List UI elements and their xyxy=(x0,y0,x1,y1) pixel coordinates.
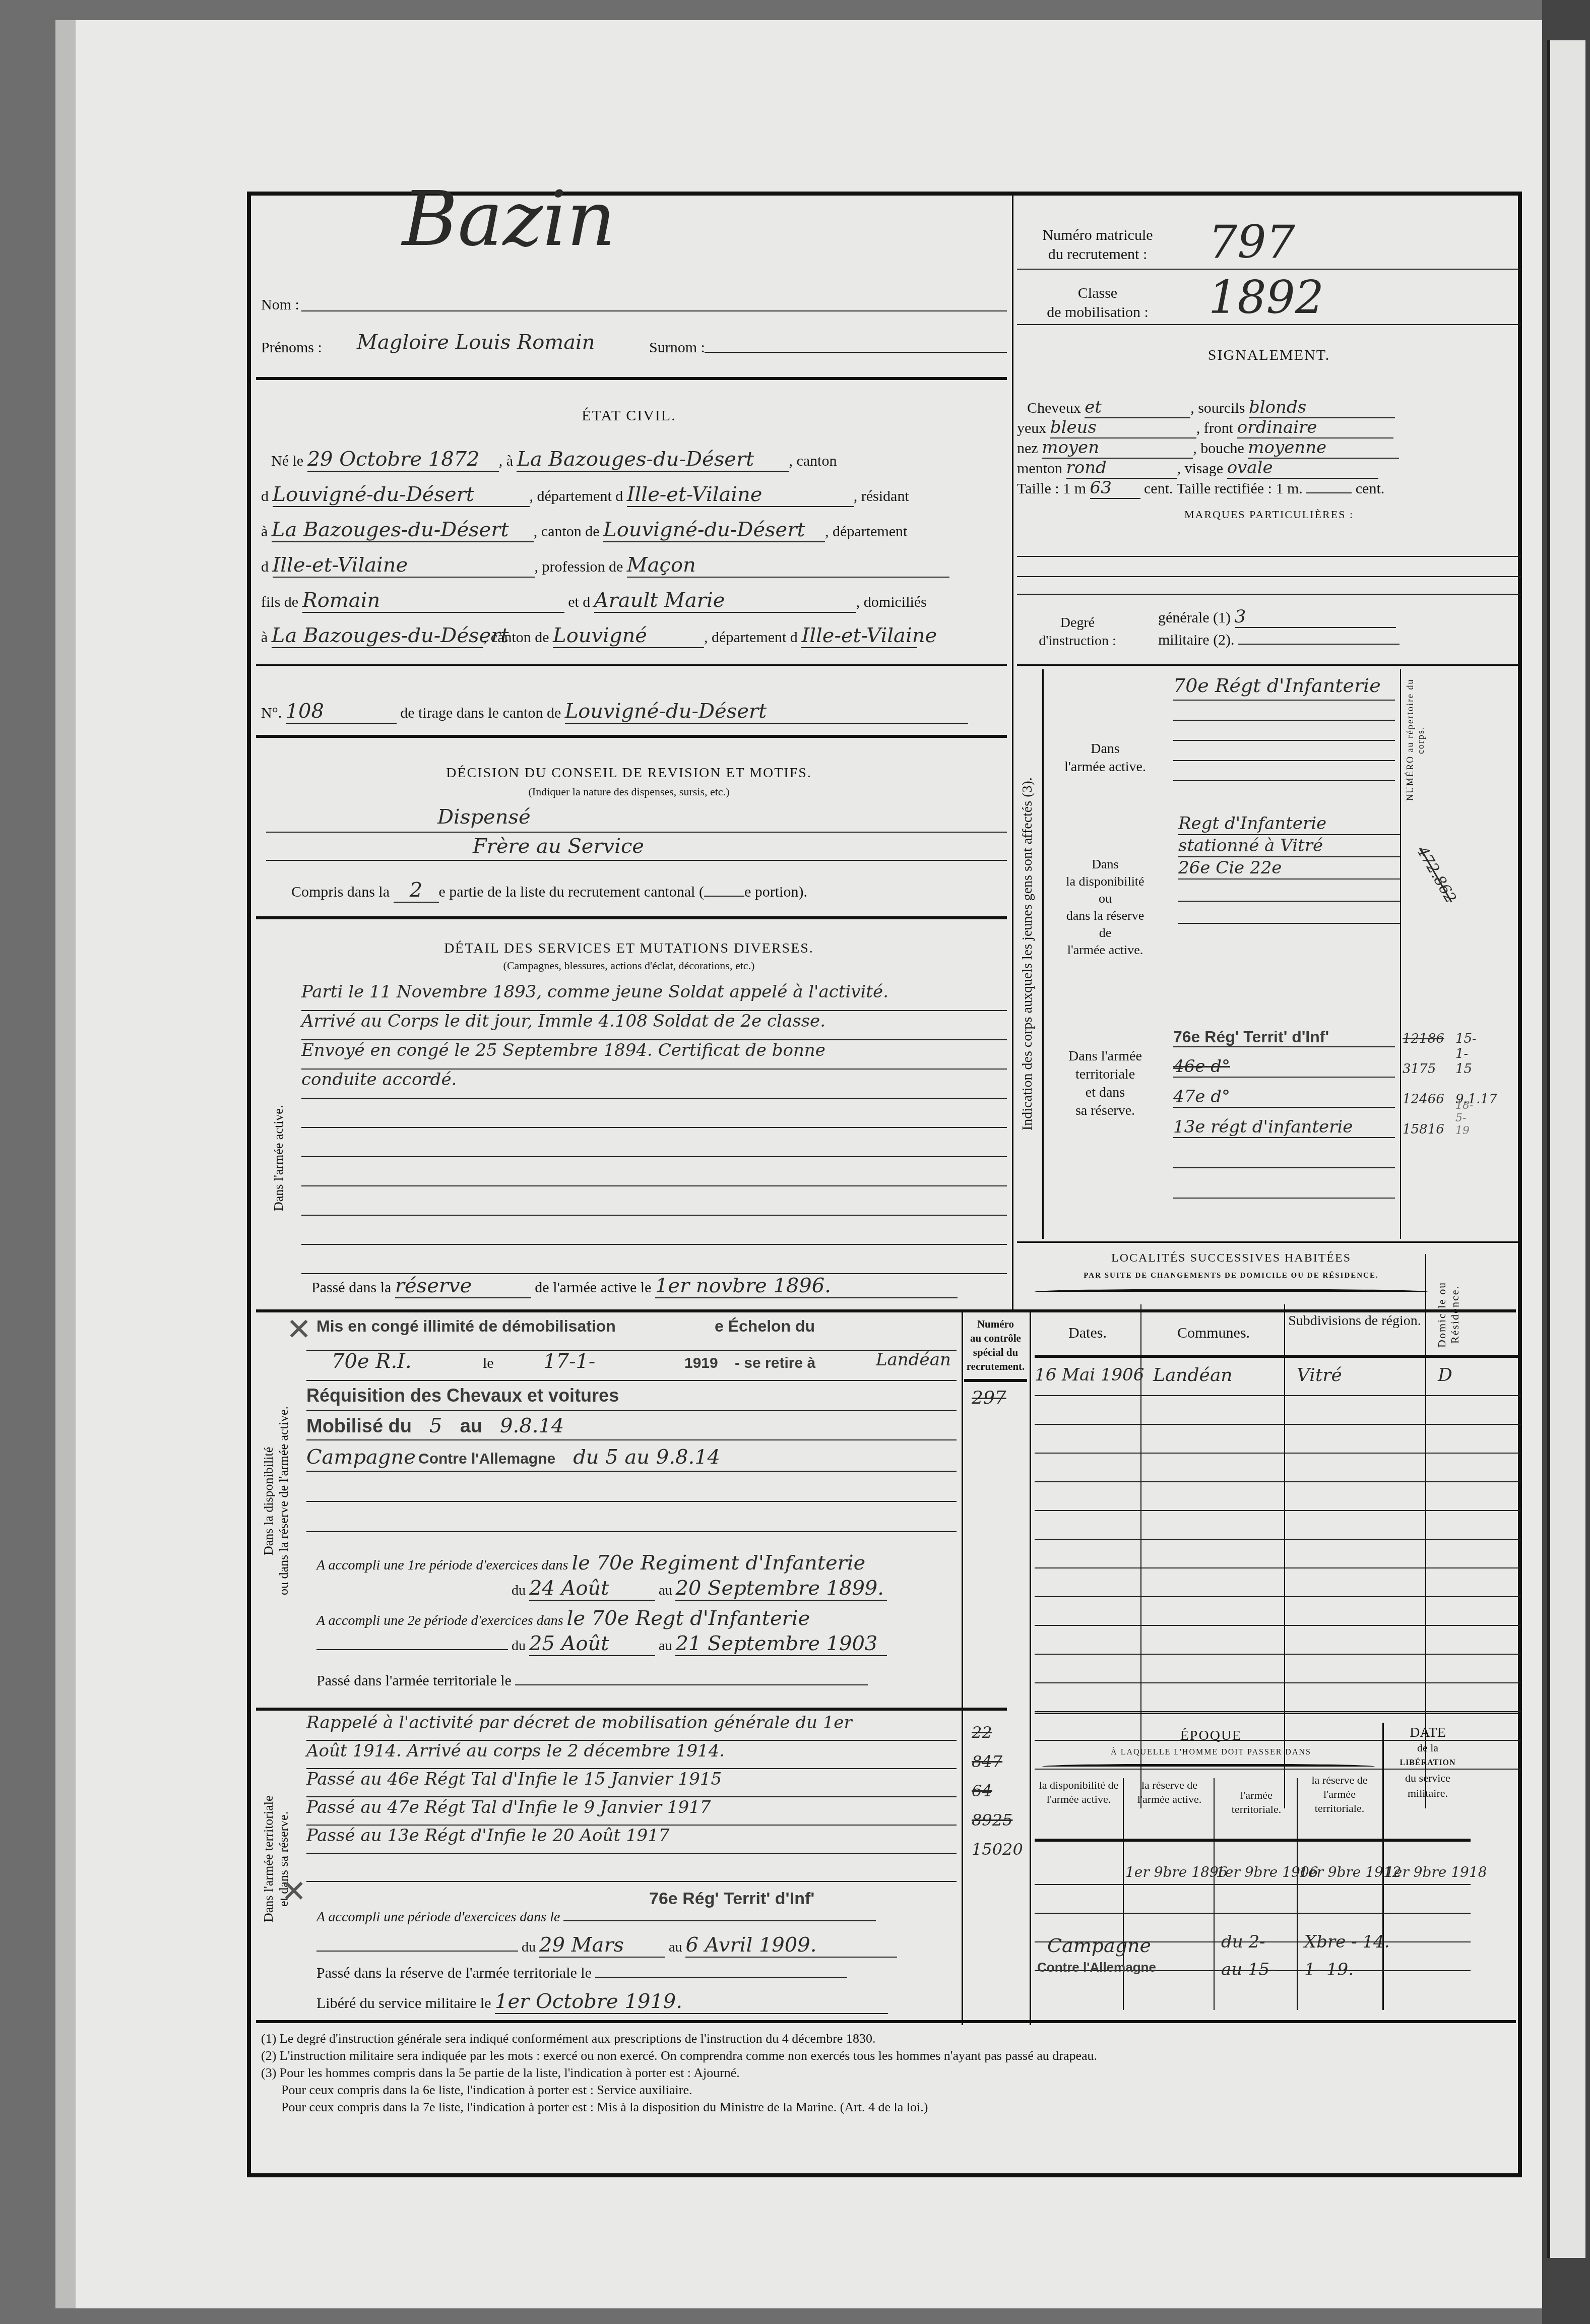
facing-page-edge xyxy=(1542,0,1590,2324)
record-frame: Bazin Nom : Prénoms : Magloire Louis Rom… xyxy=(247,192,1522,2177)
service-line: Parti le 11 Novembre 1893, comme jeune S… xyxy=(301,982,1007,1011)
active-lines: Parti le 11 Novembre 1893, comme jeune S… xyxy=(301,982,1007,1274)
footnote-3: (3) Pour les hommes compris dans la 5e p… xyxy=(261,2064,1511,2082)
service-line: Envoyé en congé le 25 Septembre 1894. Ce… xyxy=(301,1040,1007,1070)
classe-label: Classede mobilisation : xyxy=(1017,284,1178,322)
rule xyxy=(1173,700,1395,701)
periode1-row: A accompli une 1re période d'exercices d… xyxy=(316,1551,865,1575)
liberation-value: 1er 9bre 1918 xyxy=(1385,1864,1471,1880)
rule xyxy=(1017,576,1521,577)
territoriale-row: Passé dans l'armée territoriale le xyxy=(316,1672,868,1689)
epoque-title: ÉPOQUE xyxy=(1035,1728,1387,1744)
footnote-2: (2) L'instruction militaire sera indiqué… xyxy=(261,2047,1511,2064)
rule xyxy=(306,1501,957,1502)
divider xyxy=(256,2020,1516,2023)
libere-row: Libéré du service militaire le 1er Octob… xyxy=(316,1990,888,2014)
epoque-subtitle: À LAQUELLE L'HOMME DOIT PASSER DANS xyxy=(1035,1748,1387,1757)
parents-row: fils de Romain et d Arault Marie, domici… xyxy=(261,589,1007,613)
epoque-col-2: la réserve de l'armée active. xyxy=(1125,1778,1214,1806)
passe-reserve-row: Passé dans la réserve de l'armée active … xyxy=(311,1274,958,1298)
compris-row: Compris dans la 2e partie de la liste du… xyxy=(291,878,807,903)
dispo-side-label: Dans la disponibilitéou dans la réserve … xyxy=(261,1325,291,1677)
rule xyxy=(1017,594,1521,595)
active-side-label: Dans l'armée active. xyxy=(271,982,286,1335)
parents-residence-row: à La Bazouges-du-Désert, canton de Louvi… xyxy=(261,624,1007,648)
liberation-header: DATEde laLIBÉRATIONdu servicemilitaire. xyxy=(1385,1725,1471,1801)
rule xyxy=(1173,780,1395,781)
taille-row: Taille : 1 m 63 cent. Taille rectifiée :… xyxy=(1017,478,1384,499)
nom-line xyxy=(301,310,1007,311)
periode1-dates: du 24 Août au 20 Septembre 1899. xyxy=(316,1577,887,1601)
rule xyxy=(1173,740,1395,741)
affectation-terr-row: 76e Rég' Territ' d'Inf' 12186 xyxy=(1173,1017,1395,1047)
epoque-col-3: l'armée territoriale. xyxy=(1216,1788,1297,1816)
services-subtitle: (Campagnes, blessures, actions d'éclat, … xyxy=(251,959,1007,972)
footnote-5: Pour ceux compris dans la 7e liste, l'in… xyxy=(261,2099,1511,2116)
epoque-campagne-to: au 15- xyxy=(1221,1960,1276,1980)
column-divider xyxy=(1012,196,1013,1309)
terr-lines: Rappelé à l'activité par décret de mobil… xyxy=(306,1713,957,1882)
periode2-dates: du 25 Août au 21 Septembre 1903 xyxy=(316,1632,887,1656)
divider xyxy=(1017,664,1521,666)
periode2-row: A accompli une 2e période d'exercices da… xyxy=(316,1607,810,1630)
echelon-stamp: e Échelon du xyxy=(715,1317,815,1336)
surnom-label: Surnom : xyxy=(649,339,705,356)
brace-divider xyxy=(1042,1764,1375,1767)
cross-mark-icon: ✕ xyxy=(286,1312,311,1347)
epoque-col-4: la réserve de l'armée territoriale. xyxy=(1299,1773,1380,1815)
service-line: conduite accordé. xyxy=(301,1070,1007,1099)
militaire-row: militaire (2). xyxy=(1158,632,1400,649)
numero-repertoire-label: NUMÉRO au répertoire du corps. xyxy=(1405,674,1426,805)
rule xyxy=(306,1410,957,1411)
decision-line-2: Frère au Service xyxy=(473,835,644,858)
footnotes: (1) Le degré d'instruction générale sera… xyxy=(261,2030,1511,2116)
conge-le-label: le xyxy=(483,1355,494,1372)
tirage-row: N°. 108 de tirage dans le canton de Louv… xyxy=(261,700,1007,724)
conge-date: 17-1- xyxy=(543,1350,595,1373)
epoque-value-4: 1er 9bre 1912 xyxy=(1299,1864,1380,1880)
divider xyxy=(256,916,1007,919)
prenoms-label: Prénoms : xyxy=(261,339,322,356)
affectation-active-label: Dansl'armée active. xyxy=(1047,740,1163,776)
canton-row: d Louvigné-du-Désert, département d Ille… xyxy=(261,483,1007,507)
rule xyxy=(1173,720,1395,721)
service-line: Passé au 13e Régt d'Infie le 20 Août 191… xyxy=(306,1826,957,1854)
divider xyxy=(1035,1355,1521,1358)
terr-side-label: Dans l'armée territorialeet dans sa rése… xyxy=(261,1718,291,2000)
terr-periode-dates: du 29 Mars au 6 Avril 1909. xyxy=(316,1933,897,1958)
column-divider xyxy=(1042,669,1044,1239)
service-line: Passé au 47e Régt Tal d'Infie le 9 Janvi… xyxy=(306,1797,957,1826)
affectation-side-label: Indication des corps auxquels les jeunes… xyxy=(1020,669,1036,1239)
matricule-value: 797 xyxy=(1209,216,1295,269)
controle-header: Numéroau contrôlespécial durecrutement. xyxy=(964,1317,1027,1373)
degre-label: Degréd'instruction : xyxy=(1017,614,1138,650)
terr-periode-unit: 76e Rég' Territ' d'Inf' xyxy=(649,1889,814,1909)
divider xyxy=(1017,1241,1521,1243)
profession-row: d Ille-et-Vilaine, profession de Maçon xyxy=(261,553,1007,578)
menton-row: menton rond, visage ovale xyxy=(1017,458,1378,479)
epoque-col-1: la disponibilité de l'armée active. xyxy=(1035,1778,1123,1806)
affectation-dispo-numero: 472.862 xyxy=(1413,843,1459,906)
column-divider xyxy=(1030,1309,1031,2025)
services-title: DÉTAIL DES SERVICES ET MUTATIONS DIVERSE… xyxy=(251,940,1007,957)
rule xyxy=(306,1380,957,1381)
affectation-active-value: 70e Régt d'Infanterie xyxy=(1173,674,1381,697)
localites-col-subdivisions: Subdivisions de région. xyxy=(1287,1312,1423,1330)
affectation-terr-row: 13e régt d'infanterie 15816 18-5-19 xyxy=(1173,1108,1395,1138)
rule xyxy=(1017,269,1521,270)
requisition-stamp: Réquisition des Chevaux et voitures xyxy=(306,1385,619,1406)
conge-stamp: Mis en congé illimité de démobilisation xyxy=(316,1317,616,1336)
divider xyxy=(256,377,1007,380)
cheveux-row: Cheveux et, sourcils blonds xyxy=(1027,397,1395,418)
matricule-label: Numéro matriculedu recrutement : xyxy=(1017,226,1178,264)
service-line: Passé au 46e Régt Tal d'Infie le 15 Janv… xyxy=(306,1769,957,1797)
epoque-value-2: 1er 9bre 1896 xyxy=(1125,1864,1214,1880)
footnote-1: (1) Le degré d'instruction générale sera… xyxy=(261,2030,1511,2047)
localites-col-domicile: Domicile ou Résidence. xyxy=(1435,1264,1461,1365)
rule xyxy=(306,1471,957,1472)
affectation-terr-row: 46e d° 3175 15-1-15 xyxy=(1173,1047,1395,1078)
column-divider xyxy=(1400,669,1401,1239)
cross-mark-icon: ✕ xyxy=(281,1874,306,1909)
divider xyxy=(256,664,1007,666)
signalement-title: SIGNALEMENT. xyxy=(1017,347,1521,364)
terr-periode-row: A accompli une période d'exercices dans … xyxy=(316,1909,876,1925)
divider xyxy=(1035,1713,1521,1714)
column-divider xyxy=(962,1309,963,2025)
epoque-campagne-hand: Campagne xyxy=(1047,1934,1151,1957)
decision-subtitle: (Indiquer la nature des dispenses, sursi… xyxy=(251,785,1007,798)
service-line: Août 1914. Arrivé au corps le 2 décembre… xyxy=(306,1741,957,1769)
epoque-campagne-to-2: 1- 19. xyxy=(1304,1960,1354,1980)
affectation-dispo-values: Regt d'Infanterie stationné à Vitré 26e … xyxy=(1178,813,1400,924)
epoque-campagne-from-2: Xbre - 14. xyxy=(1304,1932,1390,1952)
affectation-terr-rows: 76e Rég' Territ' d'Inf' 12186 46e d° 317… xyxy=(1173,1017,1526,1199)
birth-row: Né le 29 Octobre 1872, à La Bazouges-du-… xyxy=(271,448,1007,472)
rule xyxy=(1017,324,1521,325)
divider xyxy=(964,1379,1027,1382)
rule xyxy=(1017,556,1521,557)
divider xyxy=(256,1708,1007,1711)
rule xyxy=(266,860,1007,861)
marques-label: MARQUES PARTICULIÈRES : xyxy=(1017,508,1521,521)
epoque-campagne-stamp: Contre l'Allemagne xyxy=(1037,1960,1156,1975)
etat-civil-title: ÉTAT CIVIL. xyxy=(251,407,1007,424)
localites-row: 16 Mai 1906 Landéan Vitré D xyxy=(1035,1365,1521,1395)
decision-line-1: Dispensé xyxy=(437,805,531,829)
rule xyxy=(306,1439,957,1440)
rule xyxy=(306,1531,957,1532)
nez-row: nez moyen, bouche moyenne xyxy=(1017,437,1399,459)
rule xyxy=(266,832,1007,833)
campagne-row: Campagne Contre l'Allemagne du 5 au 9.8.… xyxy=(306,1446,720,1469)
mobilise-row: Mobilisé du 5 au 9.8.14 xyxy=(306,1414,564,1437)
localites-col-communes: Communes. xyxy=(1143,1325,1284,1342)
affectation-terr-label: Dans l'arméeterritorialeet danssa réserv… xyxy=(1047,1047,1163,1120)
classe-value: 1892 xyxy=(1209,271,1324,324)
generale-row: générale (1) 3 xyxy=(1158,606,1396,628)
retire-label: - se retire à xyxy=(735,1355,815,1372)
yeux-row: yeux bleus, front ordinaire xyxy=(1017,417,1393,438)
residence-row: à La Bazouges-du-Désert, canton de Louvi… xyxy=(261,518,1007,542)
conge-unit: 70e R.I. xyxy=(332,1350,412,1373)
localites-subtitle: PAR SUITE DE CHANGEMENTS DE DOMICILE OU … xyxy=(1035,1272,1428,1280)
epoque-campagne-from: du 2- xyxy=(1221,1932,1265,1952)
prenoms-value: Magloire Louis Romain xyxy=(357,331,595,354)
localites-title: LOCALITÉS SUCCESSIVES HABITÉES xyxy=(1035,1251,1428,1265)
nom-label: Nom : xyxy=(261,296,299,313)
controle-value: 297 xyxy=(972,1388,1006,1408)
divider xyxy=(1035,1839,1471,1842)
reserve-terr-row: Passé dans la réserve de l'armée territo… xyxy=(316,1965,847,1982)
decision-title: DÉCISION DU CONSEIL DE REVISION ET MOTIF… xyxy=(251,765,1007,781)
epoque-value-3: 1er 9bre 1906 xyxy=(1216,1864,1297,1880)
nom-value: Bazin xyxy=(402,175,615,263)
rule xyxy=(1173,760,1395,761)
affectation-terr-row: 47e d° 12466 9.1.17 xyxy=(1173,1078,1395,1108)
divider xyxy=(256,735,1007,738)
surnom-line xyxy=(705,352,1007,353)
service-line: Rappelé à l'activité par décret de mobil… xyxy=(306,1713,957,1741)
controle-terr-values: 22 847 64 8925 15020 xyxy=(972,1718,1023,1864)
conge-year: 1919 xyxy=(684,1355,718,1372)
localites-col-dates: Dates. xyxy=(1035,1325,1140,1342)
affectation-dispo-label: Dansla disponibilitéoudans la réservedel… xyxy=(1047,856,1163,959)
brace-divider xyxy=(1035,1289,1428,1292)
service-line: Arrivé au Corps le dit jour, Immle 4.108… xyxy=(301,1011,1007,1040)
retire-place: Landéan xyxy=(876,1350,951,1370)
footnote-4: Pour ceux compris dans la 6e liste, l'in… xyxy=(261,2082,1511,2099)
